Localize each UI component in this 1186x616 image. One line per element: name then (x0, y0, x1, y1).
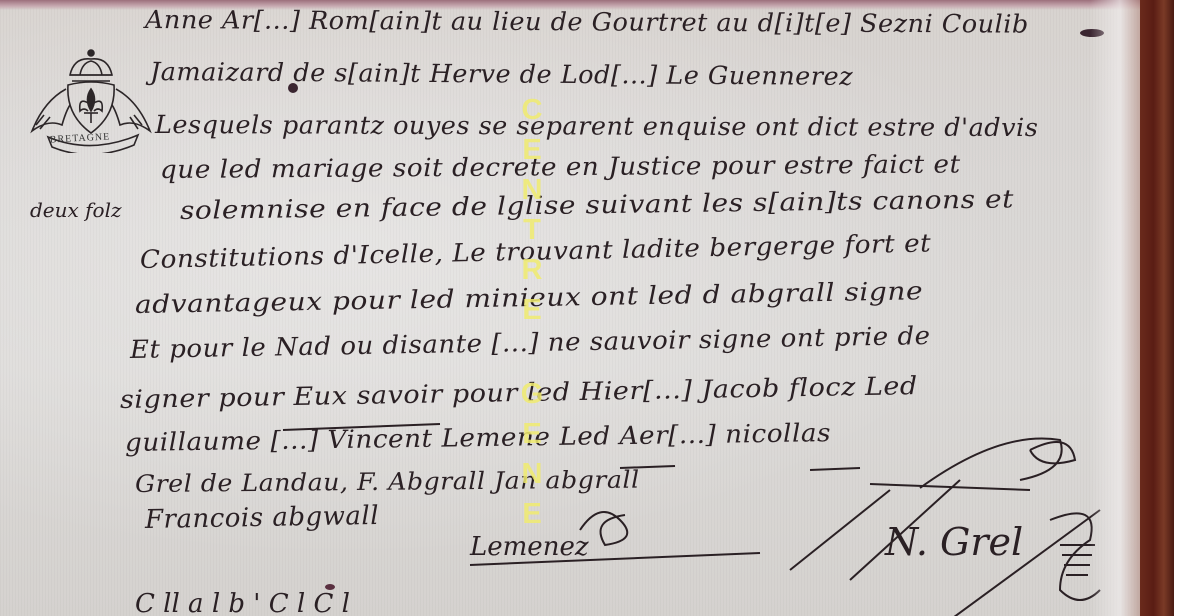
text-line-12: Francois abgwall (145, 501, 380, 535)
text-line-2: Jamaizard de s[ain]t Herve de Lod[...] L… (150, 57, 853, 91)
signature-lemenez: Lemenez (469, 532, 589, 562)
signature-n-grel: N. Grel (884, 520, 1023, 564)
margin-note: deux folz (30, 198, 122, 222)
text-line-3: Lesquels parantz ouyes se separent enqui… (155, 110, 1038, 142)
centre-gene-watermark: C E N T R E G E N E (518, 90, 546, 534)
cut-off-line: C ll a l b ' C l C l (135, 589, 350, 616)
text-line-1: Anne Ar[...] Rom[ain]t au lieu de Gourtr… (145, 5, 1029, 39)
page-edge-shadow (1090, 0, 1140, 616)
text-line-5: solemnise en face de lglise suivant les … (180, 184, 1014, 225)
text-line-4: que led mariage soit decrete en Justice … (160, 149, 961, 184)
text-line-11: Grel de Landau, F. Abgrall Jan abgrall (135, 466, 640, 498)
document-page: BRETAGNE deux folz Anne Ar[...] Rom[ain]… (0, 0, 1140, 616)
book-binding (1140, 0, 1174, 616)
outer-margin (1174, 0, 1186, 616)
text-line-10: guillaume [...] Vincent Lemene Led Aer[.… (125, 418, 831, 457)
